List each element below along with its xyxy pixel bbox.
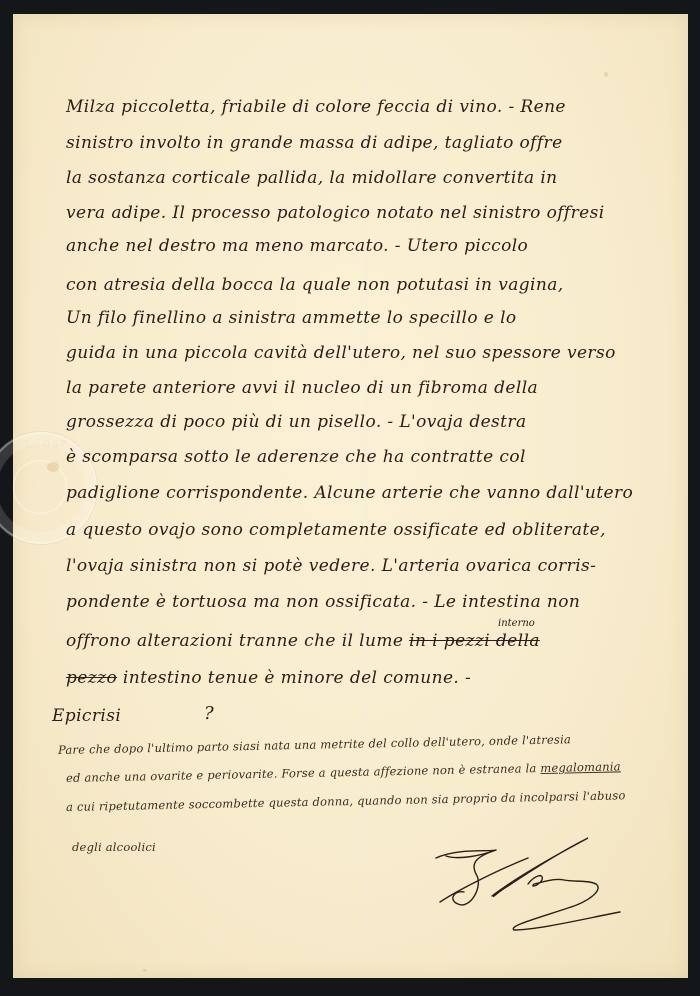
- manuscript-line-5: anche nel destro ma meno marcato. - Uter…: [66, 236, 528, 256]
- question-mark: ?: [204, 703, 214, 724]
- manuscript-line-8: guida in una piccola cavità dell'utero, …: [66, 343, 616, 363]
- manuscript-line-7: Un filo finellino a sinistra ammette lo …: [66, 308, 517, 328]
- epicrisis-line-4: degli alcoolici: [72, 840, 156, 854]
- seal-inner-ring: [13, 460, 67, 514]
- manuscript-line-3: la sostanza corticale pallida, la midoll…: [66, 168, 558, 188]
- manuscript-line-12: padiglione corrispondente. Alcune arteri…: [66, 483, 633, 503]
- manuscript-line-2: sinistro involto in grande massa di adip…: [66, 133, 563, 153]
- manuscript-line-6: con atresia della bocca la quale non pot…: [66, 275, 564, 295]
- section-heading-epicrisi: Epicrisi: [52, 706, 121, 726]
- signature: D. Brun: [418, 826, 678, 936]
- manuscript-line-15: pondente è tortuosa ma non ossificata. -…: [66, 592, 580, 612]
- manuscript-line-11: è scomparsa sotto le aderenze che ha con…: [66, 447, 526, 467]
- manuscript-line-13: a questo ovajo sono completamente ossifi…: [66, 520, 606, 540]
- ink-stain: [47, 462, 59, 472]
- line-17-struck-word: pezzo: [66, 668, 117, 688]
- manuscript-line-1: Milza piccoletta, friabile di colore fec…: [66, 97, 566, 117]
- line-16-struck-text: in i pezzi della: [409, 631, 540, 651]
- manuscript-line-4: vera adipe. Il processo patologico notat…: [66, 203, 605, 223]
- interlinear-insertion: interno: [498, 618, 535, 629]
- manuscript-line-10: grossezza di poco più di un pisello. - L…: [66, 412, 526, 432]
- foxing-spot: [143, 969, 147, 972]
- manuscript-line-14: l'ovaja sinistra non si potè vedere. L'a…: [66, 556, 596, 576]
- manuscript-line-9: la parete anteriore avvi il nucleo di un…: [66, 378, 538, 398]
- signature-flourish-icon: [418, 826, 678, 936]
- foxing-spot: [604, 72, 608, 77]
- line-16-text: offrono alterazioni tranne che il lume: [66, 631, 403, 651]
- underlined-word: megalomania: [540, 759, 621, 775]
- manuscript-line-17: pezzo intestino tenue è minore del comun…: [66, 668, 471, 688]
- manuscript-line-16: offrono alterazioni tranne che il lume i…: [66, 631, 540, 651]
- line-17-text: intestino tenue è minore del comune. -: [123, 668, 471, 688]
